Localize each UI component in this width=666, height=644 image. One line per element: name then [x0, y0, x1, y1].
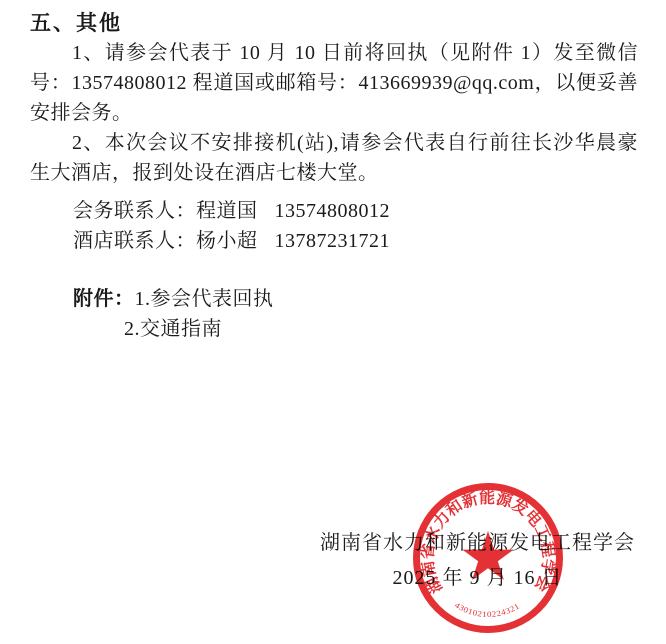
signature-block: 湖南省水力和新能源发电工程学会 2025 年 9 月 16 日	[320, 528, 635, 593]
seal-serial-number: 43010210224321	[453, 600, 521, 619]
document-body: 五、其他 1、请参会代表于 10 月 10 日前将回执（见附件 1）发至微信 号…	[0, 0, 666, 344]
attachment-item-2: 2.交通指南	[30, 314, 638, 344]
conference-contact-name: 程道国	[196, 200, 258, 222]
attachment-1-text: 1.参会代表回执	[135, 288, 274, 310]
seal-serial-textpath: 43010210224321	[453, 600, 521, 619]
attachment-item-1: 附件：1.参会代表回执	[30, 284, 638, 314]
section-heading: 五、其他	[30, 8, 638, 38]
paragraph2-line1: 2、本次会议不安排接机(站),请参会代表自行前往长沙华晨豪	[30, 128, 638, 158]
contact-list: 会务联系人：程道国13574808012 酒店联系人：杨小超1378723172…	[30, 196, 638, 256]
conference-contact-line: 会务联系人：程道国13574808012	[30, 196, 638, 226]
hotel-contact-label: 酒店联系人：	[73, 230, 196, 252]
conference-contact-label: 会务联系人：	[73, 200, 196, 222]
document-page: 五、其他 1、请参会代表于 10 月 10 日前将回执（见附件 1）发至微信 号…	[0, 0, 666, 644]
attachments-block: 附件：1.参会代表回执 2.交通指南	[30, 284, 638, 344]
paragraph1-line3: 安排会务。	[30, 98, 638, 128]
signature-date: 2025 年 9 月 16 日	[320, 563, 635, 593]
conference-contact-phone: 13574808012	[275, 200, 391, 222]
hotel-contact-name: 杨小超	[196, 230, 258, 252]
paragraph1-line1: 1、请参会代表于 10 月 10 日前将回执（见附件 1）发至微信	[30, 38, 638, 68]
paragraph1-line2: 号：13574808012 程道国或邮箱号：413669939@qq.com，以…	[30, 68, 638, 98]
paragraph2-line2: 生大酒店，报到处设在酒店七楼大堂。	[30, 158, 638, 188]
hotel-contact-line: 酒店联系人：杨小超13787231721	[30, 226, 638, 256]
hotel-contact-phone: 13787231721	[275, 230, 391, 252]
organization-name: 湖南省水力和新能源发电工程学会	[320, 528, 635, 558]
attachments-label: 附件：	[73, 288, 135, 310]
